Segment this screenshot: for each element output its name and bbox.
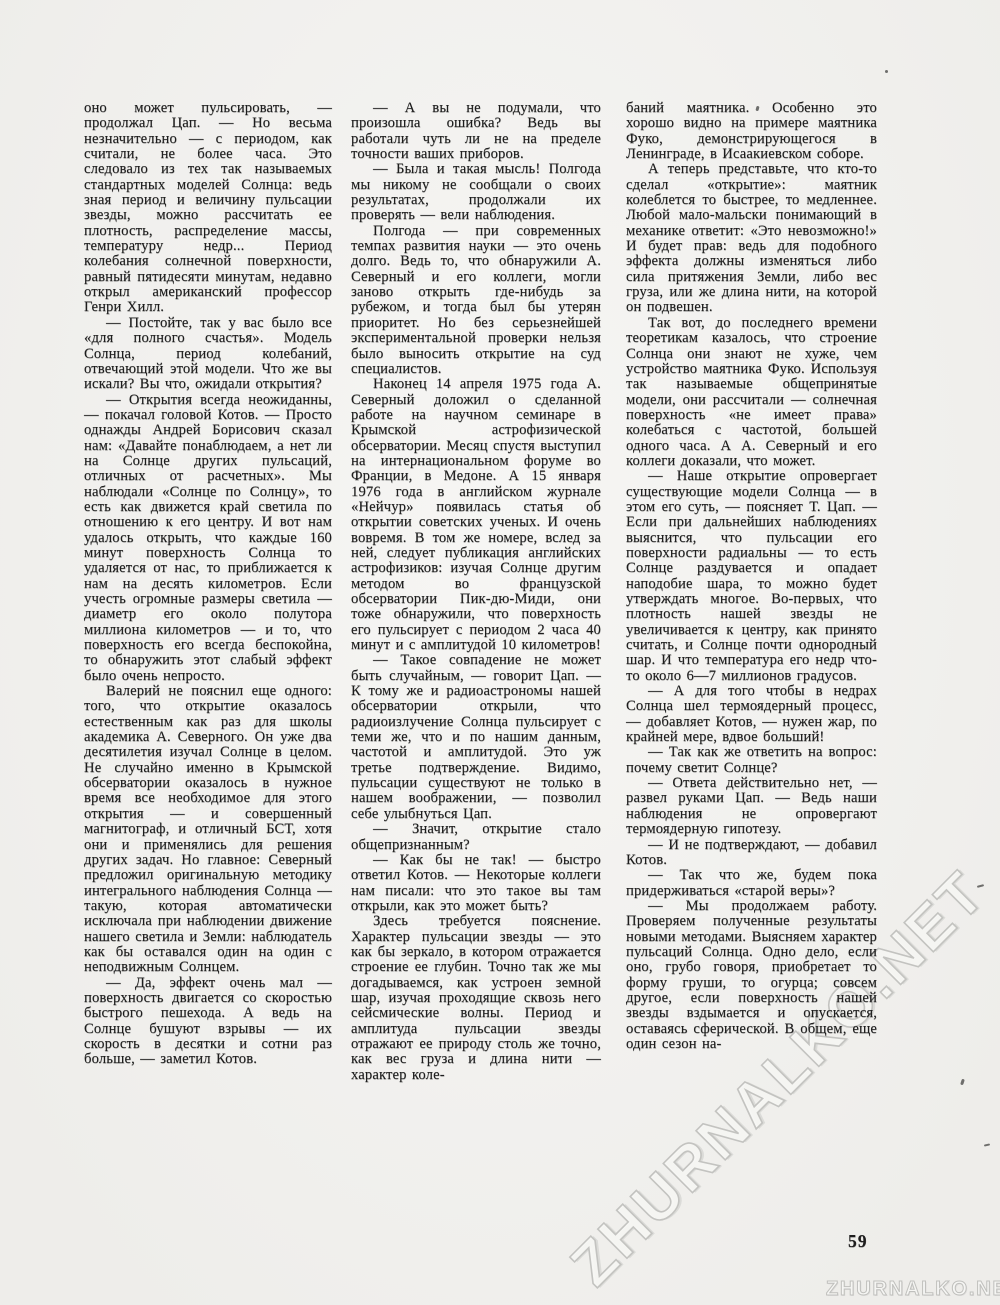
paragraph: — Наше открытие опровергает существующие… (626, 469, 877, 684)
paragraph: — Как бы не так! — быстро ответил Котов.… (351, 853, 601, 914)
scan-speck (960, 1079, 965, 1086)
paragraph: Валерий не пояснил еще одного: того, что… (84, 684, 332, 976)
paragraph: — А для того чтобы в недрах Солнца шел т… (626, 684, 877, 745)
paragraph: — Постойте, так у вас было все «для полн… (84, 316, 332, 393)
magazine-page-scan: ZHURNALKO.NET оно может пульсировать, — … (0, 0, 1000, 1305)
paragraph: оно может пульсировать, — продолжал Цап.… (84, 101, 332, 316)
paragraph: — Ответа действительно нет, — развел рук… (626, 776, 877, 837)
paragraph: — А вы не подумали, что произошла ошибка… (351, 101, 601, 162)
paragraph: баний маятника. Особенно это хорошо видн… (626, 101, 877, 162)
paragraph: — Так как же ответить на вопрос: почему … (626, 745, 877, 776)
text-column-3: баний маятника. Особенно это хорошо видн… (626, 101, 877, 1052)
paragraph: Полгода — при современных темпах развити… (351, 224, 601, 377)
paragraph: — Мы продолжаем работу. Проверяем получе… (626, 899, 877, 1052)
paragraph: Наконец 14 апреля 1975 года А. Северный … (351, 377, 601, 653)
paragraph: Так вот, до последнего времени теоретика… (626, 316, 877, 469)
text-column-1: оно может пульсировать, — продолжал Цап.… (84, 101, 332, 1068)
paragraph: — И не подтверждают, — добавил Котов. (626, 838, 877, 869)
paragraph: — Была и такая мысль! Полгода мы никому … (351, 162, 601, 223)
text-column-2: — А вы не подумали, что произошла ошибка… (351, 101, 601, 1083)
paragraph: — Открытия всегда неожиданны, — покачал … (84, 393, 332, 685)
watermark-corner: ZHURNALKO.NET (826, 1278, 1000, 1301)
paragraph: А теперь представьте, что кто-то сделал … (626, 162, 877, 315)
page-number: 59 (848, 1231, 868, 1252)
paragraph: — Такое совпадение не может быть случайн… (351, 653, 601, 822)
scan-speck (984, 1143, 990, 1146)
paragraph: — Значит, открытие стало общепризнанным? (351, 822, 601, 853)
paragraph: — Да, эффект очень мал — поверхность дви… (84, 976, 332, 1068)
paragraph: — Так что же, будем пока придерживаться … (626, 868, 877, 899)
paragraph: Здесь требуется пояснение. Характер пуль… (351, 914, 601, 1083)
scan-speck (885, 70, 888, 73)
